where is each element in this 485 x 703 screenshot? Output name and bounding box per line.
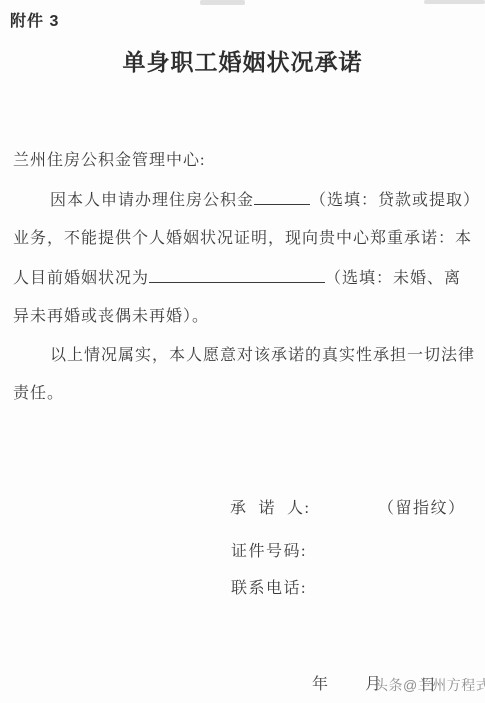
scan-artifact — [200, 0, 245, 5]
document-page: 附件 3 单身职工婚姻状况承诺 兰州住房公积金管理中心: 因本人申请办理住房公积… — [0, 0, 485, 703]
body-line-apply-hint: （选填：贷款或提取） — [310, 192, 480, 209]
id-number-label: 证件号码: — [231, 538, 307, 561]
scan-artifact — [424, 0, 485, 4]
body-line-promise: 业务，不能提供个人婚姻状况证明，现向贵中心郑重承诺：本 — [13, 228, 472, 250]
body-line-marital-cont: 异未再婚或丧偶未再婚）。 — [13, 306, 209, 328]
phone-label: 联系电话: — [231, 575, 307, 598]
salutation-line: 兰州住房公积金管理中心: — [13, 150, 205, 172]
attachment-label: 附件 3 — [10, 8, 59, 31]
body-line-marital: 人目前婚姻状况为（选填：未婚、离 — [13, 267, 461, 290]
body-line-apply-text: 因本人申请办理住房公积金 — [50, 192, 254, 209]
date-year-label: 年 — [312, 671, 328, 694]
body-line-truth: 以上情况属实，本人愿意对该承诺的真实性承担一切法律 — [50, 345, 475, 367]
body-line-truth-cont: 责任。 — [13, 383, 64, 405]
fingerprint-note: （留指纹） — [378, 495, 466, 518]
document-title: 单身职工婚姻状况承诺 — [0, 44, 485, 77]
promiser-label: 承 诺 人: — [230, 495, 310, 518]
fill-blank-marital-status — [149, 267, 325, 283]
body-line-marital-text: 人目前婚姻状况为 — [13, 270, 149, 287]
body-line-marital-hint: （选填：未婚、离 — [325, 270, 461, 287]
watermark-text: 头条@兰州方程式 — [374, 675, 485, 695]
body-line-apply: 因本人申请办理住房公积金（选填：贷款或提取） — [50, 189, 480, 212]
fill-blank-business-type — [254, 189, 310, 205]
